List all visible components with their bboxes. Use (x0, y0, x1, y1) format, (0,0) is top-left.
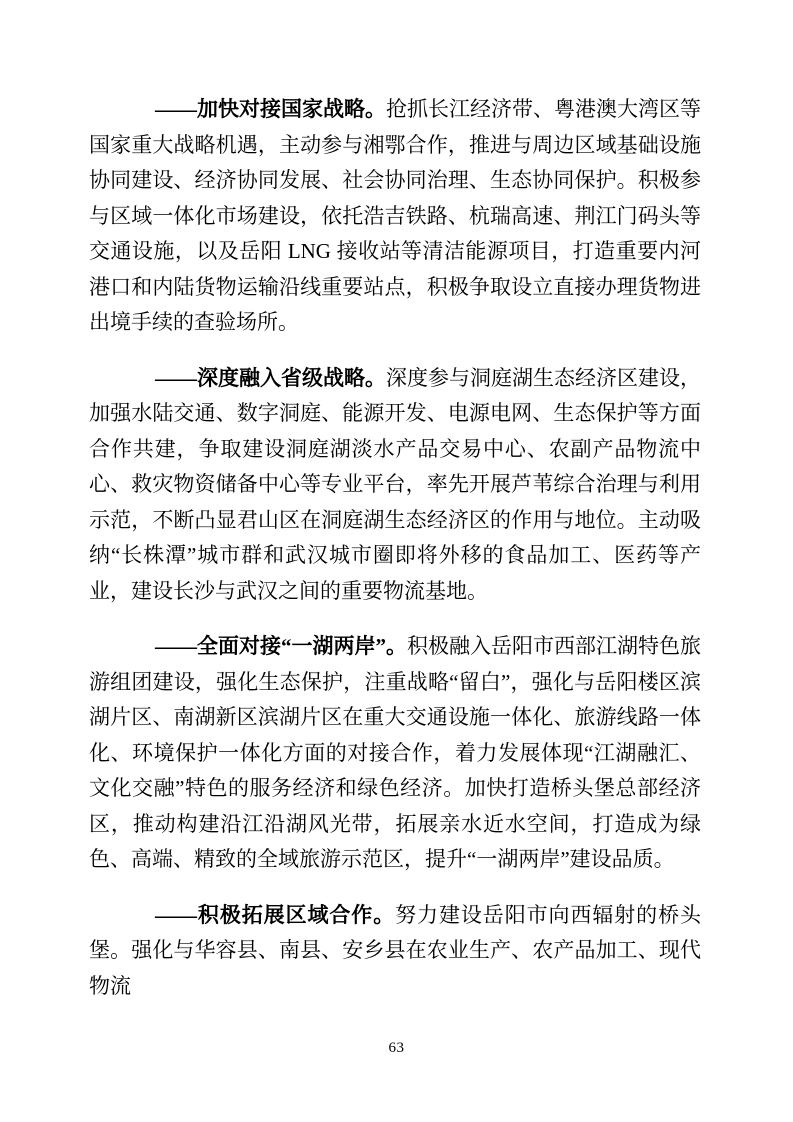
paragraph-lead: ——加快对接国家战略。 (155, 97, 386, 121)
paragraph-lead: ——深度融入省级战略。 (155, 366, 386, 390)
document-body: ——加快对接国家战略。抢抓长江经济带、粤港澳大湾区等国家重大战略机遇，主动参与湘… (89, 92, 701, 1004)
document-page: ——加快对接国家战略。抢抓长江经济带、粤港澳大湾区等国家重大战略机遇，主动参与湘… (0, 0, 793, 1122)
page-number: 63 (0, 1040, 793, 1057)
paragraph-lake-two-banks: ——全面对接“一湖两岸”。积极融入岳阳市西部江湖特色旅游组团建设，强化生态保护，… (89, 629, 701, 878)
paragraph-lead: ——积极拓展区域合作。 (155, 903, 395, 927)
paragraph-text: 积极融入岳阳市西部江湖特色旅游组团建设，强化生态保护，注重战略“留白”，强化与岳… (89, 634, 701, 871)
paragraph-text: 深度参与洞庭湖生态经济区建设，加强水陆交通、数字洞庭、能源开发、电源电网、生态保… (89, 366, 701, 603)
paragraph-provincial-strategy: ——深度融入省级战略。深度参与洞庭湖生态经济区建设，加强水陆交通、数字洞庭、能源… (89, 361, 701, 610)
paragraph-text: 抢抓长江经济带、粤港澳大湾区等国家重大战略机遇，主动参与湘鄂合作，推进与周边区域… (89, 97, 701, 334)
paragraph-national-strategy: ——加快对接国家战略。抢抓长江经济带、粤港澳大湾区等国家重大战略机遇，主动参与湘… (89, 92, 701, 341)
paragraph-lead: ——全面对接“一湖两岸”。 (155, 634, 407, 658)
paragraph-regional-cooperation: ——积极拓展区域合作。努力建设岳阳市向西辐射的桥头堡。强化与华容县、南县、安乡县… (89, 898, 701, 1005)
